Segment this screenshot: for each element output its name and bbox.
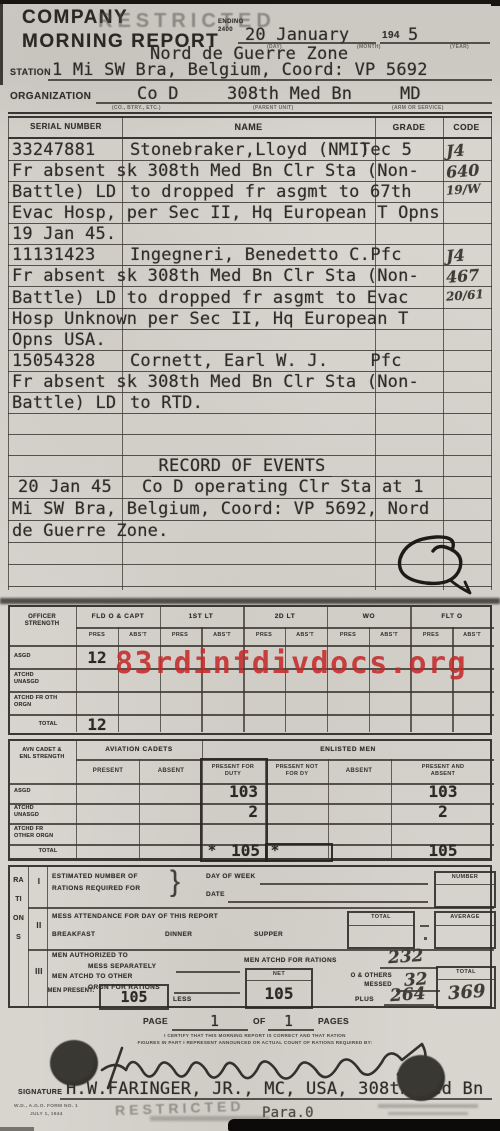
enl-atchd-pa: 2 <box>408 802 478 821</box>
org-service-value: MD <box>400 84 421 104</box>
equals-mark <box>420 925 429 927</box>
body-cell: to dropped fr asgmt to 67th <box>130 182 412 202</box>
pres-header: PRES <box>162 632 198 639</box>
enlisted-men-header: ENLISTED MEN <box>204 746 492 753</box>
org-service-sublabel: (ARM OR SERVICE) <box>392 105 444 111</box>
grid-line <box>47 867 48 1006</box>
grade-cell: Pfc <box>330 351 442 371</box>
personnel-row <box>8 434 492 456</box>
event-body: Co D operating Clr Sta at 1 <box>142 477 424 497</box>
org-company-sublabel: (CO., BTRY., ETC.) <box>112 105 161 111</box>
serial-cell: Battle) LD <box>12 182 116 202</box>
scan-edge-bottom-bar <box>228 1119 500 1131</box>
punch-hole-right <box>397 1055 445 1101</box>
enl-asgd-pfd: 103 <box>206 782 258 801</box>
brace-glyph: } <box>170 865 180 899</box>
fill-line <box>174 992 240 994</box>
org-unit-value: 308th Med Bn <box>227 84 352 104</box>
personnel-row: Battle) LD to dropped fr asgmt to Evac20… <box>8 287 492 309</box>
fill-line <box>380 967 438 969</box>
code-cell: 467 <box>445 264 496 286</box>
punch-hole-left <box>50 1040 98 1086</box>
personnel-row: Fr absent sk 308th Med Bn Clr Sta (Non-6… <box>8 160 492 182</box>
col-header-name: NAME <box>122 122 375 132</box>
organization-underline <box>96 102 492 104</box>
rations-sec1-numeral: I <box>32 877 46 886</box>
grid-line <box>349 925 413 926</box>
abst-header: ABS'T <box>454 632 490 639</box>
plus-value: 264 <box>389 984 426 1006</box>
event-date: 20 Jan 45 <box>18 477 112 497</box>
personnel-row: 19 Jan 45. <box>8 223 492 245</box>
men-present-box: 105 <box>99 984 169 1010</box>
pres-header: PRES <box>330 632 366 639</box>
officer-row-asgd: ASGD <box>14 653 72 660</box>
men-present-value: 105 <box>101 988 167 1006</box>
pres-header: PRES <box>79 632 115 639</box>
events-row: Mi SW Bra, Belgium, Coord: VP 5692, Nord <box>8 498 492 521</box>
enl-total-pa: 105 <box>408 841 478 860</box>
abst-header: ABS'T <box>120 632 156 639</box>
org-company-value: Co D <box>137 84 179 104</box>
morning-report-scan: COMPANY RESTRICTED MORNING REPORT ENDING… <box>0 0 500 1131</box>
watermark-text: 83rdinfdivdocs.org <box>115 646 467 681</box>
body-cell: Evac Hosp, per Sec II, Hq European T Opn… <box>12 203 440 223</box>
scan-edge-left <box>0 0 3 85</box>
grid-line <box>28 907 494 909</box>
abst-header: ABS'T <box>287 632 323 639</box>
body-cell: Fr absent sk 308th Med Bn Clr Sta (Non- <box>12 266 419 286</box>
body-cell: Hosp Unknown per Sec II, Hq European T <box>12 309 409 329</box>
rations-section: RATIONS I II III ESTIMATED NUMBER OF RAT… <box>8 865 492 1008</box>
number-box: NUMBER <box>434 871 496 908</box>
signature-label: SIGNATURE <box>18 1089 62 1096</box>
personnel-row: Evac Hosp, per Sec II, Hq European T Opn… <box>8 202 492 224</box>
scan-edge-bottom-left <box>0 1127 34 1131</box>
officer-group-wo: WO <box>329 613 409 620</box>
double-rule-1 <box>8 112 492 114</box>
men-present-label: MEN PRESENT: <box>46 987 96 995</box>
month-sublabel: (MONTH) <box>357 44 381 50</box>
day-of-week-label: DAY OF WEEK <box>206 873 256 880</box>
officer-corner-label: OFFICER STRENGTH <box>19 614 65 628</box>
fill-line <box>384 1004 434 1006</box>
avn-enlisted-table: AVN CADET & ENL STRENGTH AVIATION CADETS… <box>8 739 492 861</box>
supper-label: SUPPER <box>254 931 283 938</box>
fill-line <box>228 901 428 903</box>
col-header-code: CODE <box>441 122 492 132</box>
en-pfd-header: PRESENT FOR DUTY <box>208 764 258 777</box>
code-cell: J4 <box>445 243 496 265</box>
certify-line1: I CERTIFY THAT THIS MORNING REPORT IS CO… <box>90 1033 420 1038</box>
officer-row-atchd-fr: ATCHD FR OTH ORGN <box>14 695 58 708</box>
others-messed-line2: MESSED <box>300 982 392 988</box>
events-title: RECORD OF EVENTS <box>152 456 332 477</box>
grid-line <box>28 867 29 1006</box>
serial-cell: 33247881 <box>12 140 95 160</box>
officer-row-total: TOTAL <box>24 721 72 728</box>
aviation-cadets-header: AVIATION CADETS <box>78 746 200 753</box>
personnel-row <box>8 413 492 435</box>
fill-line <box>260 883 428 885</box>
average-box-label: AVERAGE <box>436 914 494 920</box>
body-cell: to RTD. <box>130 393 203 413</box>
en-pnfd-header: PRESENT NOT FOR DY <box>271 764 323 777</box>
body-cell: Fr absent sk 308th Med Bn Clr Sta (Non- <box>12 372 419 392</box>
enl-total-pfd: 105 <box>214 841 260 860</box>
of-label: OF <box>253 1016 266 1026</box>
serial-cell: 15054328 <box>12 351 95 371</box>
pages-value: 1 <box>284 1011 293 1031</box>
grid-line <box>10 691 494 693</box>
grid-line <box>247 980 311 981</box>
av-absent-header: ABSENT <box>143 768 199 775</box>
personnel-row: Hosp Unknown per Sec II, Hq European T <box>8 308 492 330</box>
grid-line <box>436 884 494 885</box>
officer-group-1stlt: 1ST LT <box>161 613 241 620</box>
avn-row-atchd-unasgd: ATCHD UNASGD <box>14 805 54 818</box>
events-title-row: RECORD OF EVENTS <box>8 455 492 477</box>
estimated-line2: RATIONS REQUIRED FOR <box>52 885 140 892</box>
serial-cell: 19 Jan 45. <box>12 224 116 244</box>
pres-header: PRES <box>413 632 449 639</box>
grid-line <box>436 925 494 926</box>
event-body: de Guerre Zone. <box>12 521 169 541</box>
officer-group-flto: FLT O <box>412 613 492 620</box>
events-row: 20 Jan 45Co D operating Clr Sta at 1 <box>8 476 492 499</box>
right-footer-smudge <box>388 1112 468 1115</box>
year-underline <box>380 42 490 44</box>
mess-attendance-label: MESS ATTENDANCE FOR DAY OF THIS REPORT <box>52 913 218 920</box>
serial-cell: 11131423 <box>12 245 95 265</box>
personnel-row: Fr absent sk 308th Med Bn Clr Sta (Non- <box>8 371 492 393</box>
grid-line <box>76 759 494 761</box>
code-cell: 640 <box>445 159 496 181</box>
page-value: 1 <box>210 1011 219 1031</box>
officer-group-fldo: FLD O & CAPT <box>78 613 158 620</box>
enl-atchd-pfd: 2 <box>206 802 258 821</box>
average-box: AVERAGE <box>434 911 496 949</box>
grand-total-box-label: TOTAL <box>438 969 494 975</box>
avn-row-asgd: ASGD <box>14 788 72 795</box>
org-unit-sublabel: (PARENT UNIT) <box>253 105 293 111</box>
pages-label: PAGES <box>318 1016 349 1026</box>
serial-cell: Opns USA. <box>12 330 106 350</box>
rations-sec2-numeral: II <box>32 921 46 930</box>
others-messed-line1: O & OTHERS <box>300 973 392 979</box>
body-cell: Cornett, Earl W. J. <box>130 351 328 371</box>
mess-total-box-label: TOTAL <box>349 914 413 920</box>
col-header-grade: GRADE <box>375 122 443 132</box>
grand-total-value: 369 <box>447 981 486 1005</box>
serial-cell: Battle) LD <box>12 393 116 413</box>
officer-row-atchd-unasgd: ATCHD UNASGD <box>14 672 54 685</box>
year-sublabel: (YEAR) <box>450 44 469 50</box>
scan-edge-right <box>491 0 500 6</box>
enl-asgd-pa: 103 <box>408 782 478 801</box>
en-absent-header: ABSENT <box>331 768 387 775</box>
organization-label: ORGANIZATION <box>10 91 91 102</box>
estimated-line1: ESTIMATED NUMBER OF <box>52 873 138 880</box>
plus-label: PLUS <box>355 996 374 1003</box>
personnel-row: Opns USA. <box>8 329 492 351</box>
less-label: LESS <box>173 996 192 1003</box>
scan-edge-top <box>0 0 500 4</box>
avn-row-atchd-other: ATCHD FR OTHER ORGN <box>14 826 60 839</box>
grade-cell: Tec 5 <box>330 140 442 160</box>
abst-header: ABS'T <box>371 632 407 639</box>
ink-circle-scribble <box>392 534 478 598</box>
personnel-row: Battle) LDto dropped fr asgmt to 67th19/… <box>8 181 492 203</box>
personnel-row: 11131423Ingegneri, Benedetto C.PfcJ4 <box>8 244 492 266</box>
enl-total-pnfd-star: * <box>269 843 281 859</box>
breakfast-label: BREAKFAST <box>52 931 95 938</box>
double-rule-2 <box>8 116 492 118</box>
rations-sec3-numeral: III <box>32 967 46 976</box>
avn-corner-label: AVN CADET & ENL STRENGTH <box>18 747 66 761</box>
equals-dot <box>424 937 427 940</box>
body-cell: Fr absent sk 308th Med Bn Clr Sta (Non- <box>12 161 419 181</box>
men-atchd-rations-value: 232 <box>387 946 424 968</box>
personnel-row: Fr absent sk 308th Med Bn Clr Sta (Non-4… <box>8 265 492 287</box>
form-date: JULY 1, 1944 <box>30 1112 63 1117</box>
personnel-row: 15054328Cornett, Earl W. J.Pfc <box>8 350 492 372</box>
code-cell: 19/W <box>446 180 497 197</box>
ending-label: ENDING <box>218 19 244 25</box>
abst-header: ABS'T <box>204 632 240 639</box>
fill-line <box>176 971 240 973</box>
year-printed: 194 <box>382 30 400 41</box>
station-value: 1 Mi SW Bra, Belgium, Coord: VP 5692 <box>52 60 428 80</box>
date-label: DATE <box>206 891 225 898</box>
station-label: STATION <box>10 67 51 77</box>
men-atchd-other-line1: MEN ATCHD TO OTHER <box>52 973 133 980</box>
pres-header: PRES <box>246 632 282 639</box>
dinner-label: DINNER <box>165 931 192 938</box>
grid-line <box>28 949 494 951</box>
en-pa-header: PRESENT AND ABSENT <box>415 764 471 777</box>
av-present-header: PRESENT <box>80 768 136 775</box>
officer-total-pres-value: 12 <box>78 715 116 734</box>
avn-row-total: TOTAL <box>24 848 72 855</box>
personnel-row: Battle) LDto RTD. <box>8 392 492 414</box>
grade-cell: Pfc <box>330 245 442 265</box>
men-authorized-line1: MEN AUTHORIZED TO <box>52 952 128 959</box>
page-label: PAGE <box>143 1016 168 1026</box>
body-cell: Battle) LD to dropped fr asgmt to Evac <box>12 288 409 308</box>
col-header-serial: SERIAL NUMBER <box>10 122 122 131</box>
event-body: Mi SW Bra, Belgium, Coord: VP 5692, Nord <box>12 499 429 519</box>
rations-side-label: RATIONS <box>13 871 24 947</box>
grand-total-box: TOTAL 369 <box>436 966 496 1009</box>
code-cell: 20/61 <box>446 286 497 303</box>
dark-band <box>0 598 500 604</box>
station-underline <box>48 79 492 81</box>
men-atchd-rations-label: MEN ATCHD FOR RATIONS <box>244 957 337 964</box>
code-cell: J4 <box>445 138 496 160</box>
ending-time: 2400 <box>218 27 233 33</box>
men-authorized-line2: MESS SEPARATELY <box>88 963 156 970</box>
personnel-row: 33247881Stonebraker,Lloyd (NMI)Tec 5J4 <box>8 139 492 161</box>
officer-asgd-pres-value: 12 <box>78 648 116 667</box>
number-box-label: NUMBER <box>436 874 494 880</box>
right-footer-smudge <box>378 1104 478 1108</box>
grid-line <box>76 627 494 629</box>
mess-total-box: TOTAL <box>347 911 415 949</box>
officer-group-2dlt: 2D LT <box>245 613 325 620</box>
grid-line <box>438 979 494 980</box>
form-number: W.D., A.G.O. FORM NO. 1 <box>14 1104 78 1109</box>
